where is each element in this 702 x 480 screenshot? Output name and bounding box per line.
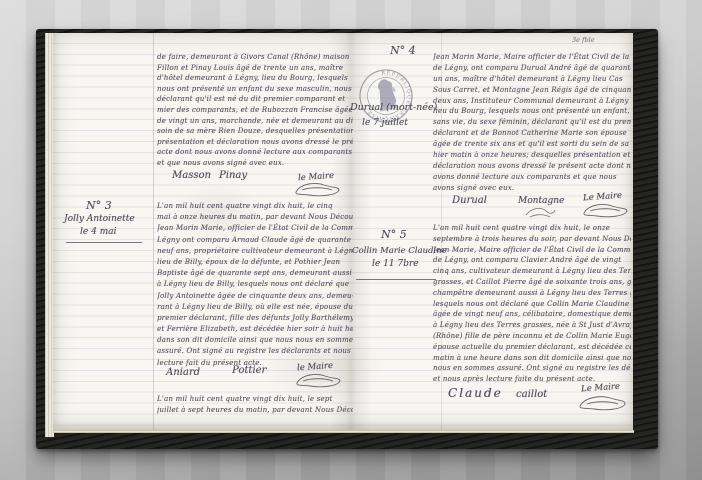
signature-flourish-icon bbox=[292, 181, 342, 198]
handwritten-line: assuré. Ont signé au registre les déclar… bbox=[157, 346, 353, 357]
act-date: le 11 7bre bbox=[372, 259, 419, 269]
signature-flourish-icon bbox=[293, 372, 343, 389]
signature: Durual bbox=[452, 195, 487, 206]
handwritten-line: matin à une heure dans son dit domicile … bbox=[433, 353, 631, 364]
handwritten-line: et que nous avons signé avec eux. bbox=[157, 158, 353, 169]
scanned-register-spread: de faire, demeurant à Givors Canal (Rhôn… bbox=[0, 0, 702, 480]
signature: Pinay bbox=[219, 170, 247, 181]
act5-text: L'an mil huit cent quatre vingt dix huit… bbox=[433, 223, 631, 385]
handwritten-line: déclaration nous avons dressé le présent… bbox=[433, 161, 631, 172]
handwritten-line: Fillon et Pinay Louis âgé de trente un a… bbox=[157, 63, 353, 74]
handwritten-line: de faire, demeurant à Givors Canal (Rhôn… bbox=[157, 52, 353, 63]
handwritten-line: à Légny lieu des Terres grasses, née à S… bbox=[433, 320, 631, 331]
handwritten-line: à Légny lieu de Billy, lesquels nous ont… bbox=[157, 279, 353, 290]
left-page-previous-act-text: de faire, demeurant à Givors Canal (Rhôn… bbox=[157, 52, 353, 169]
handwritten-line: Légny ont comparu Arnaud Claude âgé de q… bbox=[157, 235, 353, 246]
handwritten-line: âgée de trente six ans et qu'il est sort… bbox=[433, 139, 631, 150]
handwritten-line: présentation et déclaration nous avons d… bbox=[157, 137, 353, 148]
margin-underline bbox=[66, 242, 142, 243]
act-number: N° 4 bbox=[390, 44, 416, 57]
act3-text: L'an mil huit cent quatre vingt dix huit… bbox=[157, 201, 353, 369]
register-book-cover: de faire, demeurant à Givors Canal (Rhôn… bbox=[36, 29, 658, 449]
act-number: N° 5 bbox=[381, 228, 407, 241]
handwritten-line: lieu de Billy, époux de la défunte, et P… bbox=[157, 257, 353, 268]
handwritten-line: Jolly Antoinette âgée de cinquante deux … bbox=[157, 291, 353, 302]
act-date: le 4 mai bbox=[80, 227, 116, 237]
signature: caillot bbox=[516, 389, 547, 400]
handwritten-line: sans vie, du sexe féminin, déclarant qu'… bbox=[433, 117, 631, 128]
signature: Claude bbox=[448, 386, 503, 400]
handwritten-line: cinq ans, cultivateur demeurant à Légny … bbox=[433, 266, 631, 277]
act-name: Jolly Antoinette bbox=[64, 214, 135, 224]
handwritten-line: juillet à sept heures du matin, par deva… bbox=[157, 405, 353, 416]
signature-flourish-icon bbox=[580, 202, 630, 219]
handwritten-line: lesquels nous ont déclaré que Collin Mar… bbox=[433, 299, 631, 310]
handwritten-line: mier des comparants, et de Rubozzan Fran… bbox=[157, 105, 353, 116]
handwritten-line: hier matin à onze heures; desquelles pré… bbox=[433, 150, 631, 161]
act-name: Durual (mort-née) bbox=[350, 102, 437, 113]
handwritten-line: et Ferrière Elizabeth, est décédée hier … bbox=[157, 324, 353, 335]
handwritten-line: déclarant et de Bonnot Catherine Marie s… bbox=[433, 128, 631, 139]
handwritten-line: L'an mil huit cent quatre vingt dix huit… bbox=[157, 394, 353, 405]
handwritten-line: Jean Marin Marie, officier de l'État Civ… bbox=[157, 223, 353, 234]
signature-flourish-icon bbox=[576, 394, 628, 412]
handwritten-line: un ans, maître d'hôtel demeurant à Légny… bbox=[433, 74, 631, 85]
handwritten-line: (Rhône) fille de père inconnu et de Coll… bbox=[433, 331, 631, 342]
act-number: N° 3 bbox=[86, 199, 112, 212]
handwritten-line: Baptiste âgé de quarante sept ans, demeu… bbox=[157, 268, 353, 279]
handwritten-line: deux ans, Instituteur Communal demeurant… bbox=[433, 96, 631, 107]
handwritten-line: neuf ans, propriétaire cultivateur demeu… bbox=[157, 246, 353, 257]
handwritten-line: déclarant qu'il est né du dit premier co… bbox=[157, 94, 353, 105]
handwritten-line: mai à onze heures du matin, par devant N… bbox=[157, 212, 353, 223]
handwritten-line: acte dont nous avons donné lecture aux c… bbox=[157, 147, 353, 158]
signature-paraph-icon bbox=[520, 205, 558, 220]
handwritten-line: épouse actuelle du premier déclarant, es… bbox=[433, 342, 631, 353]
handwritten-line: soin de sa mère Rien Douze, desquelles p… bbox=[157, 126, 353, 137]
handwritten-line: premier déclarant, fille des défunts Jol… bbox=[157, 313, 353, 324]
handwritten-line: L'an mil huit cent quatre vingt dix huit… bbox=[157, 201, 353, 212]
handwritten-line: de Légny, ont comparu Clavier André âgé … bbox=[433, 255, 631, 266]
open-pages: de faire, demeurant à Givors Canal (Rhôn… bbox=[53, 33, 633, 430]
handwritten-line: de Légny, ont comparu Durual André âgé d… bbox=[433, 63, 631, 74]
handwritten-line: grasses, et Caillot Pierre âgé de soixan… bbox=[433, 277, 631, 288]
handwritten-line: septembre à trois heures du soir, par de… bbox=[433, 234, 631, 245]
act4-text: Jean Marin Marie, Maire officier de l'Ét… bbox=[433, 52, 631, 194]
signature: Masson bbox=[172, 170, 211, 181]
handwritten-line: Jean Marie, Maire officier de l'État Civ… bbox=[433, 245, 631, 256]
handwritten-line: Sous Carret, et Montagne Jean Régis âgé … bbox=[433, 85, 631, 96]
handwritten-line: Jean Marin Marie, Maire officier de l'Ét… bbox=[433, 52, 631, 63]
act-date: le 7 juillet bbox=[362, 118, 408, 128]
handwritten-line: champêtre demeurant aussi à Légny lieu d… bbox=[433, 288, 631, 299]
handwritten-line: rant à Légny lieu de Billy, où elle est … bbox=[157, 302, 353, 313]
handwritten-line: lieu du Bourg, lesquels nous ont présent… bbox=[433, 106, 631, 117]
left-page-margin-rule bbox=[153, 33, 154, 430]
handwritten-line: dans son dit domicile ainsi que nous nou… bbox=[157, 335, 353, 346]
handwritten-line: de vingt un ans, marchande, née et demeu… bbox=[157, 116, 353, 127]
handwritten-line: nous en sommes assuré. Ont signé au regi… bbox=[433, 363, 631, 374]
signature: Pottier bbox=[232, 365, 266, 376]
handwritten-line: âgée de vingt neuf ans, célibataire, dom… bbox=[433, 309, 631, 320]
handwritten-line: L'an mil huit cent quatre vingt dix huit… bbox=[433, 223, 631, 234]
mayor-signature-label: Le Maire bbox=[581, 382, 621, 395]
signature: Aniard bbox=[166, 367, 200, 378]
margin-underline bbox=[356, 279, 436, 280]
handwritten-line: d'hôtel demeurant à Légny, lieu du Bourg… bbox=[157, 73, 353, 84]
page-edge-stack-bottom bbox=[53, 430, 634, 433]
handwritten-line: avons donné lecture aux comparants et qu… bbox=[433, 172, 631, 183]
left-page-next-act-text: L'an mil huit cent quatre vingt dix huit… bbox=[157, 394, 353, 416]
folio-annotation: 3e fble bbox=[572, 36, 595, 44]
handwritten-line: nous ont présenté un enfant du sexe masc… bbox=[157, 84, 353, 95]
